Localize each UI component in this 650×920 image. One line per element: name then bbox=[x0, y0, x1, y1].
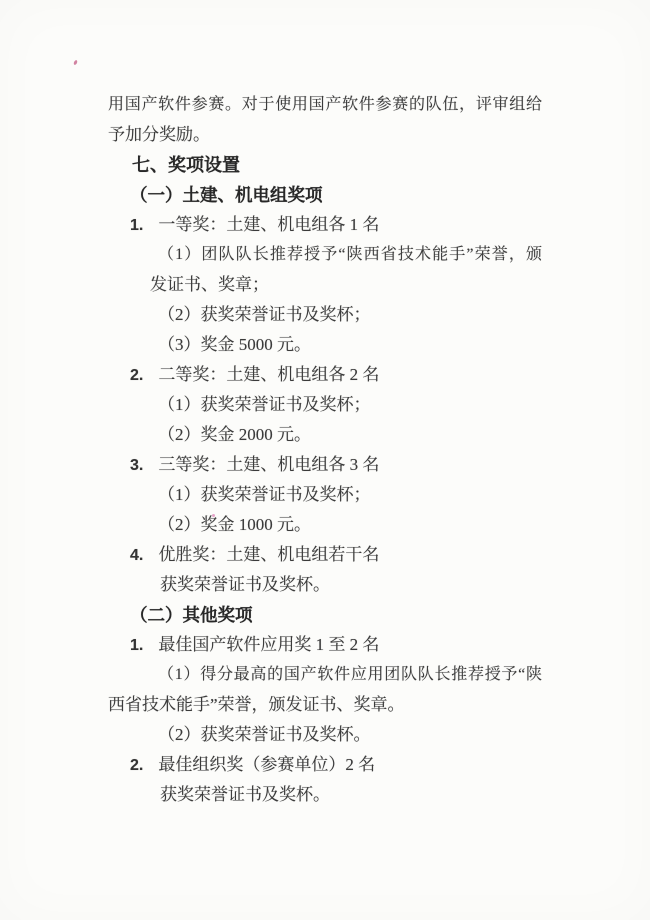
item-text: 最佳国产软件应用奖 1 至 2 名 bbox=[158, 635, 379, 654]
subsection-heading: （二）其他奖项 bbox=[130, 600, 544, 630]
numbered-item: 4.优胜奖：土建、机电组若干名 bbox=[130, 540, 544, 570]
sub-item: （1）得分最高的国产软件应用团队队长推荐授予“陕 bbox=[158, 660, 542, 690]
numbered-item: 2.最佳组织奖（参赛单位）2 名 bbox=[130, 750, 544, 780]
item-number: 1. bbox=[130, 631, 143, 661]
item-number: 4. bbox=[130, 541, 143, 571]
numbered-item: 3.三等奖：土建、机电组各 3 名 bbox=[130, 450, 544, 480]
sub-item: （1）获奖荣誉证书及奖杯； bbox=[158, 480, 544, 510]
sub-item: （1）团队队长推荐授予“陕西省技术能手”荣誉，颁 bbox=[158, 240, 542, 270]
text-line: 用国产软件参赛。对于使用国产软件参赛的队伍，评审组给 bbox=[108, 90, 542, 120]
text-line: 西省技术能手”荣誉，颁发证书、奖章。 bbox=[108, 690, 544, 720]
scan-speck bbox=[73, 60, 78, 66]
document-body: 用国产软件参赛。对于使用国产软件参赛的队伍，评审组给 予加分奖励。 七、奖项设置… bbox=[108, 90, 544, 810]
sub-item: （3）奖金 5000 元。 bbox=[158, 330, 544, 360]
item-number: 1. bbox=[130, 211, 143, 241]
sub-item: （2）获奖荣誉证书及奖杯； bbox=[158, 300, 544, 330]
section-heading: 七、奖项设置 bbox=[132, 150, 544, 180]
item-number: 3. bbox=[130, 451, 143, 481]
text-line: 获奖荣誉证书及奖杯。 bbox=[160, 780, 544, 810]
document-page: 用国产软件参赛。对于使用国产软件参赛的队伍，评审组给 予加分奖励。 七、奖项设置… bbox=[0, 0, 650, 920]
item-text: 三等奖：土建、机电组各 3 名 bbox=[158, 455, 379, 474]
item-text: 优胜奖：土建、机电组若干名 bbox=[158, 545, 379, 564]
numbered-item: 2.二等奖：土建、机电组各 2 名 bbox=[130, 360, 544, 390]
numbered-item: 1.最佳国产软件应用奖 1 至 2 名 bbox=[130, 630, 544, 660]
sub-item: （2）奖金 2000 元。 bbox=[158, 420, 544, 450]
item-number: 2. bbox=[130, 751, 143, 781]
subsection-heading: （一）土建、机电组奖项 bbox=[130, 180, 544, 210]
sub-item: （2）获奖荣誉证书及奖杯。 bbox=[158, 720, 544, 750]
text-line: 获奖荣誉证书及奖杯。 bbox=[160, 570, 544, 600]
text-line: 予加分奖励。 bbox=[108, 120, 544, 150]
item-text: 最佳组织奖（参赛单位）2 名 bbox=[158, 755, 375, 774]
numbered-item: 1.一等奖：土建、机电组各 1 名 bbox=[130, 210, 544, 240]
sub-item: （1）获奖荣誉证书及奖杯； bbox=[158, 390, 544, 420]
sub-item: （2）奖金 1000 元。 bbox=[158, 510, 544, 540]
text-line: 发证书、奖章； bbox=[150, 270, 544, 300]
item-text: 二等奖：土建、机电组各 2 名 bbox=[158, 365, 379, 384]
item-text: 一等奖：土建、机电组各 1 名 bbox=[158, 215, 379, 234]
item-number: 2. bbox=[130, 361, 143, 391]
